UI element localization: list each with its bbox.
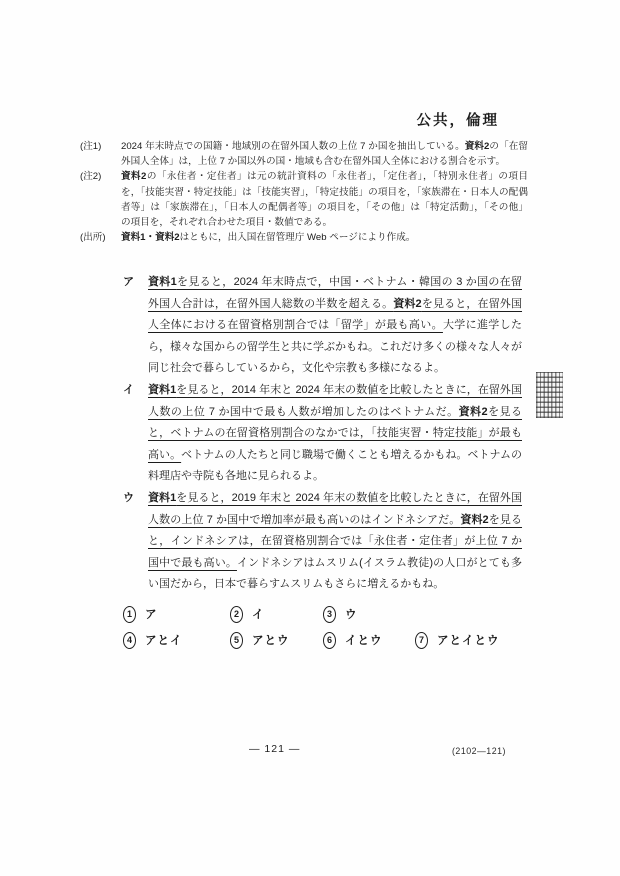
option-3-label: ウ [345,606,358,622]
margin-security-pattern [536,372,563,418]
note-1: (注1) 2024 年末時点での国籍・地域別の在留外国人数の上位 7 か国を抽出… [80,139,528,169]
answer-options: 1 ア 2 イ 3 ウ 4 アとイ 5 アとウ 6 イとウ 7 アとイとウ [123,604,553,650]
option-7: 7 アとイとウ [415,630,553,650]
statement-a-text: 資料1を見ると，2024 年末時点で，中国・ベトナム・韓国の 3 か国の在留外国… [148,272,522,380]
statement-i: イ 資料1を見ると，2014 年末と 2024 年末の数値を比較したときに，在留… [123,380,522,488]
option-6: 6 イとウ [323,630,415,650]
option-row-spacer [415,604,553,624]
statement-a: ア 資料1を見ると，2024 年末時点で，中国・ベトナム・韓国の 3 か国の在留… [123,272,522,380]
note-2: (注2) 資料2の「永住者・定住者」は元の統計資料の「永住者」，「定住者」，「特… [80,169,528,230]
option-1: 1 ア [123,604,230,624]
option-2-label: イ [252,606,265,622]
text-segment: ベトナムの人たちと同じ職場で働くことも増えるかもね。ベトナムの料理店や寺院も各地… [148,449,522,483]
source-note-text: 資料1・資料2はともに，出入国在留管理庁 Web ページにより作成。 [121,230,528,245]
notes-block: (注1) 2024 年末時点での国籍・地域別の在留外国人数の上位 7 か国を抽出… [80,139,528,245]
option-2-circle-number: 2 [230,606,243,623]
statement-u: ウ 資料1を見ると，2019 年末と 2024 年末の数値を比較したときに，在留… [123,488,522,596]
text-segment: 資料2 [459,406,488,418]
statement-u-label: ウ [123,488,140,596]
option-2: 2 イ [230,604,323,624]
note-2-text: 資料2の「永住者・定住者」は元の統計資料の「永住者」，「定住者」，「特別永住者」… [121,169,528,230]
option-7-label: アとイとウ [437,632,500,648]
note-1-text: 2024 年末時点での国籍・地域別の在留外国人数の上位 7 か国を抽出している。… [121,139,528,169]
text-segment: 資料1・資料2 [121,232,180,243]
note-2-label: (注2) [80,169,114,230]
page-title: 公共，倫理 [417,109,500,130]
option-5-label: アとウ [252,632,290,648]
option-4-circle-number: 4 [123,632,136,649]
option-5-circle-number: 5 [230,632,243,649]
option-1-circle-number: 1 [123,606,136,623]
text-segment: 資料2 [465,141,490,152]
option-1-label: ア [145,606,158,622]
booklet-code: (2102—121) [452,746,506,756]
text-segment: 資料1 [148,492,176,504]
option-5: 5 アとウ [230,630,323,650]
text-segment: の「永住者・定住者」は元の統計資料の「永住者」，「定住者」，「特別永住者」の項目… [121,171,528,228]
option-6-label: イとウ [345,632,383,648]
option-3-circle-number: 3 [323,606,336,623]
text-segment: 2024 年末時点での国籍・地域別の在留外国人数の上位 7 か国を抽出している。 [121,141,465,152]
text-segment: 資料2 [393,298,421,310]
note-1-label: (注1) [80,139,114,169]
option-4: 4 アとイ [123,630,230,650]
statement-i-label: イ [123,380,140,488]
option-4-label: アとイ [145,632,183,648]
statement-u-text: 資料1を見ると，2019 年末と 2024 年末の数値を比較したときに，在留外国… [148,488,522,596]
source-note: (出所) 資料1・資料2はともに，出入国在留管理庁 Web ページにより作成。 [80,230,528,245]
exam-page: 公共，倫理 (注1) 2024 年末時点での国籍・地域別の在留外国人数の上位 7… [0,0,620,876]
text-segment: 資料1 [148,276,177,288]
statement-i-text: 資料1を見ると，2014 年末と 2024 年末の数値を比較したときに，在留外国… [148,380,522,488]
text-segment: 資料1 [148,384,176,396]
statement-a-label: ア [123,272,140,380]
option-7-circle-number: 7 [415,632,428,649]
text-segment: はともに，出入国在留管理庁 Web ページにより作成。 [180,232,416,243]
option-6-circle-number: 6 [323,632,336,649]
text-segment: 資料2 [121,171,146,182]
page-number: — 121 — [249,743,300,755]
option-3: 3 ウ [323,604,415,624]
statements-block: ア 資料1を見ると，2024 年末時点で，中国・ベトナム・韓国の 3 か国の在留… [123,272,522,596]
text-segment: 資料2 [460,514,488,526]
source-note-label: (出所) [80,230,114,245]
